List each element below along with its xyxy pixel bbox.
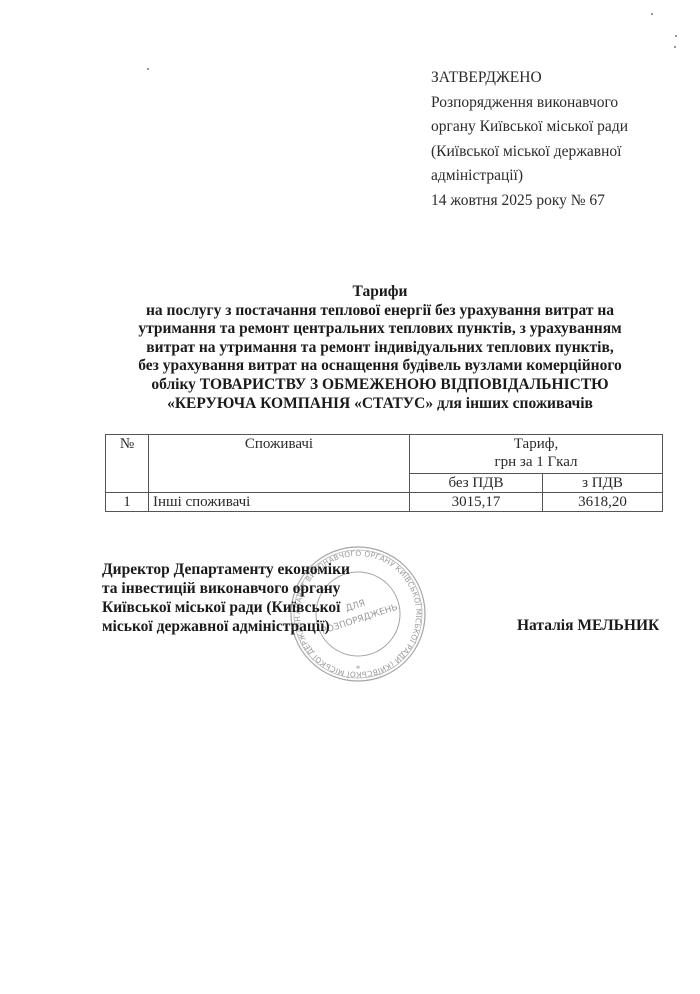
stamp-star-icon: * <box>356 664 361 674</box>
signer-position-line: Директор Департаменту економіки <box>102 560 350 579</box>
title-line: без урахування витрат на оснащення будів… <box>100 357 660 376</box>
signer-position-line: Київської міської ради (Київської <box>102 598 350 617</box>
approval-line: (Київської міської державної <box>431 140 691 165</box>
title-line: обліку ТОВАРИСТВУ З ОБМЕЖЕНОЮ ВІДПОВІДАЛ… <box>100 376 660 395</box>
cell-without-vat: 3015,17 <box>410 493 543 512</box>
title-heading: Тарифи <box>100 283 660 302</box>
approval-line: адміністрації) <box>431 164 691 189</box>
signer-position-line: міської державної адміністрації) <box>102 617 350 636</box>
table-header-row: № Споживачі Тариф, грн за 1 Гкал <box>106 435 663 474</box>
document-title: Тарифи на послугу з постачання теплової … <box>100 283 660 413</box>
header-tariff: Тариф, грн за 1 Гкал <box>410 435 663 474</box>
tariff-table: № Споживачі Тариф, грн за 1 Гкал без ПДВ… <box>105 434 663 512</box>
header-consumers: Споживачі <box>149 435 410 493</box>
header-number: № <box>106 435 149 493</box>
cell-with-vat: 3618,20 <box>543 493 663 512</box>
title-line: на послугу з постачання теплової енергії… <box>100 302 660 321</box>
approval-date-number: 14 жовтня 2025 року № 67 <box>431 189 691 214</box>
header-with-vat: з ПДВ <box>543 474 663 493</box>
approval-block: ЗАТВЕРДЖЕНО Розпорядження виконавчого ор… <box>431 66 691 213</box>
header-tariff-line1: Тариф, <box>414 435 658 453</box>
cell-number: 1 <box>106 493 149 512</box>
title-line: «КЕРУЮЧА КОМПАНІЯ «СТАТУС» для інших спо… <box>100 395 660 414</box>
scan-speck <box>675 35 677 37</box>
scan-speck <box>147 68 149 70</box>
signer-position-line: та інвестицій виконавчого органу <box>102 579 350 598</box>
approval-line: Розпорядження виконавчого <box>431 91 691 116</box>
cell-consumers: Інші споживачі <box>149 493 410 512</box>
table-row: 1 Інші споживачі 3015,17 3618,20 <box>106 493 663 512</box>
approval-heading: ЗАТВЕРДЖЕНО <box>431 66 691 91</box>
scan-speck <box>674 46 676 48</box>
header-tariff-line2: грн за 1 Гкал <box>414 453 658 471</box>
scan-speck <box>651 13 653 15</box>
header-without-vat: без ПДВ <box>410 474 543 493</box>
approval-line: органу Київської міської ради <box>431 115 691 140</box>
signer-name: Наталія МЕЛЬНИК <box>517 617 659 635</box>
title-line: утримання та ремонт центральних теплових… <box>100 320 660 339</box>
signature-block: Директор Департаменту економіки та інвес… <box>102 560 350 636</box>
title-line: витрат на утримання та ремонт індивідуал… <box>100 339 660 358</box>
